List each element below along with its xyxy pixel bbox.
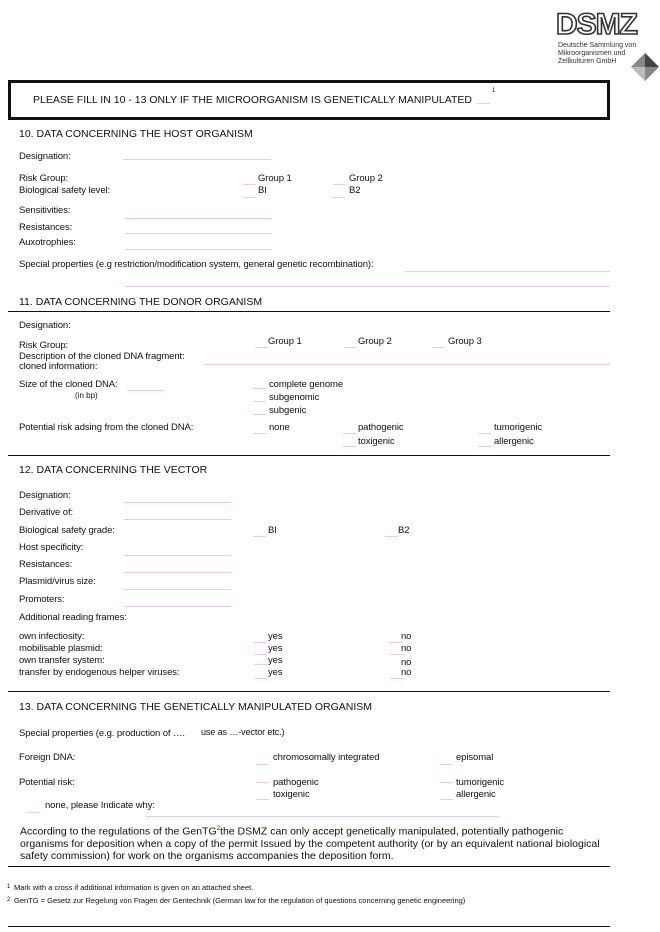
logo-line-3: Zellkulturen GmbH [558, 58, 636, 66]
auxotrophies-label: Auxotrophies: [19, 237, 76, 248]
frame-yes-checkbox[interactable] [254, 678, 267, 679]
foreign-dna-label: Foreign DNA: [19, 752, 75, 763]
gmo-special-properties-label-2: use as …-vector etc.) [201, 727, 284, 737]
additional-frames-label: Additional reading frames: [19, 612, 127, 623]
donor-group1-checkbox[interactable] [255, 347, 268, 348]
host-b1-checkbox[interactable] [243, 197, 256, 198]
frame-no-label: no [401, 631, 411, 642]
donor-group3-checkbox[interactable] [432, 347, 445, 348]
host-resistances-label: Resistances: [19, 222, 72, 233]
host-special-properties-field-2[interactable] [125, 286, 610, 287]
donor-toxigenic-label: toxigenic [358, 436, 395, 447]
vector-designation-label: Designation: [19, 490, 71, 501]
gmo-toxigenic-label: toxigenic [273, 789, 310, 800]
section-13-divider [8, 691, 610, 692]
gmo-none-checkbox[interactable] [26, 812, 39, 813]
donor-group2-label: Group 2 [358, 336, 392, 347]
frame-yes-label: yes [268, 667, 282, 678]
gmo-allergenic-label: allergenic [456, 789, 496, 800]
host-specificity-field[interactable] [124, 555, 231, 556]
footnote-1-num: 1 [7, 884, 10, 890]
gmo-pathogenic-checkbox[interactable] [256, 782, 269, 783]
donor-toxigenic-checkbox[interactable] [343, 446, 356, 447]
footnote-1-text: Mark with a cross if additional informat… [14, 883, 253, 892]
frame-no-label: no [401, 643, 411, 654]
host-designation-label: Designation: [19, 151, 71, 162]
section-12-divider [8, 455, 610, 456]
host-b2-label: B2 [349, 185, 360, 196]
gmo-tumorigenic-checkbox[interactable] [440, 782, 453, 783]
logo-mark: DSMZ [556, 10, 637, 40]
frame-no-checkbox[interactable] [390, 678, 403, 679]
plasmid-size-field[interactable] [123, 589, 231, 590]
notice-footnote-ref: 1 [492, 88, 495, 94]
frame-yes-checkbox[interactable] [254, 642, 267, 643]
dna-description-field[interactable] [203, 364, 610, 365]
derivative-label: Derivative of: [19, 507, 73, 518]
frame-no-checkbox[interactable] [390, 654, 403, 655]
gmo-tumorigenic-label: tumorigenic [456, 777, 504, 788]
host-bio-safety-label: Biological safety level: [19, 185, 110, 196]
vector-resistances-field[interactable] [124, 572, 231, 573]
donor-none-label: none [269, 422, 290, 433]
frame-yes-label: yes [268, 643, 282, 654]
episomal-checkbox[interactable] [440, 764, 453, 765]
host-risk-group-label: Risk Group: [19, 173, 68, 184]
frame-yes-checkbox[interactable] [254, 654, 267, 655]
donor-risk-group-label: Risk Group: [19, 340, 68, 351]
host-group2-label: Group 2 [349, 173, 383, 184]
chromosomal-checkbox[interactable] [256, 764, 269, 765]
host-group1-checkbox[interactable] [243, 184, 256, 185]
frame-yes-checkbox[interactable] [254, 664, 267, 665]
donor-none-checkbox[interactable] [253, 433, 266, 434]
diamond-icon [630, 52, 660, 82]
subgenic-checkbox[interactable] [253, 414, 266, 415]
donor-allergenic-checkbox[interactable] [478, 446, 491, 447]
frame-yes-label: yes [268, 655, 282, 666]
frame-row-label: mobilisable plasmid: [19, 643, 103, 654]
gmo-risk-label: Potential risk: [19, 777, 75, 788]
dna-size-field[interactable] [127, 390, 165, 391]
donor-designation-label: Designation: [19, 320, 71, 331]
notice-box: PLEASE FILL IN 10 - 13 ONLY IF THE MICRO… [8, 80, 610, 120]
gmo-none-reason-field[interactable] [146, 816, 499, 817]
dna-size-unit: (in bp) [75, 391, 98, 400]
gmo-pathogenic-label: pathogenic [273, 777, 318, 788]
subgenomic-checkbox[interactable] [253, 401, 266, 402]
section-11-title: 11. DATA CONCERNING THE DONOR ORGANISM [19, 296, 262, 308]
vector-resistances-label: Resistances: [19, 559, 72, 570]
derivative-field[interactable] [124, 519, 231, 520]
sensitivities-label: Sensitivities: [19, 205, 70, 216]
promoters-label: Promoters: [19, 594, 64, 605]
frame-row-label: own infectiosity: [19, 631, 84, 642]
donor-tumorigenic-label: tumorigenic [494, 422, 542, 433]
notice-checkbox[interactable] [477, 103, 490, 104]
notice-text: PLEASE FILL IN 10 - 13 ONLY IF THE MICRO… [33, 94, 472, 106]
donor-pathogenic-checkbox[interactable] [343, 433, 356, 434]
cloned-information-label: cloned information: [19, 361, 97, 372]
frame-yes-label: yes [268, 631, 282, 642]
footer-divider [8, 926, 610, 927]
gmo-special-properties-label: Special properties (e.g. production of …… [19, 728, 185, 739]
vector-b1-checkbox[interactable] [253, 536, 266, 537]
regulation-text-start: According to the regulations of the GenT… [20, 826, 217, 838]
donor-group3-label: Group 3 [448, 336, 482, 347]
host-b2-checkbox[interactable] [332, 197, 345, 198]
plasmid-size-label: Plasmid/virus size: [19, 576, 96, 587]
frame-row-label: own transfer system: [19, 655, 105, 666]
regulation-divider [8, 866, 610, 867]
vector-b2-checkbox[interactable] [385, 536, 398, 537]
host-b1-label: BI [258, 185, 267, 196]
subgenic-label: subgenic [269, 405, 306, 416]
donor-risk-label: Potential risk adsing from the cloned DN… [19, 422, 193, 433]
logo-line-2: Mikroorganismen und [558, 50, 636, 58]
subgenomic-label: subgenomic [269, 392, 319, 403]
host-special-properties-field-1[interactable] [405, 271, 610, 272]
section-11-divider [8, 311, 610, 312]
vector-designation-field[interactable] [124, 502, 231, 503]
gmo-toxigenic-checkbox[interactable] [256, 799, 269, 800]
vector-b1-label: BI [268, 525, 277, 536]
gmo-allergenic-checkbox[interactable] [440, 799, 453, 800]
complete-genome-label: complete genome [269, 379, 343, 390]
regulation-paragraph: According to the regulations of the GenT… [20, 823, 610, 862]
section-13-title: 13. DATA CONCERNING THE GENETICALLY MANI… [19, 701, 372, 713]
logo-line-1: Deutsche Sammlung von [558, 42, 636, 50]
complete-genome-checkbox[interactable] [253, 388, 266, 389]
gmo-none-label: none, please Indicate why: [45, 800, 155, 811]
frame-row-label: transfer by endogenous helper viruses: [19, 667, 179, 678]
dna-size-label: Size of the cloned DNA: [19, 379, 118, 390]
host-group1-label: Group 1 [258, 173, 292, 184]
host-resistances-field[interactable] [125, 233, 272, 234]
footnote-2-text: GenTG = Gesetz zur Regelung von Fragen d… [14, 896, 465, 905]
vector-b2-label: B2 [398, 525, 409, 536]
host-specificity-label: Host specificity: [19, 542, 83, 553]
auxotrophies-field[interactable] [125, 249, 272, 250]
donor-allergenic-label: allergenic [494, 436, 534, 447]
host-group2-checkbox[interactable] [333, 184, 346, 185]
sensitivities-field[interactable] [125, 218, 272, 219]
frame-no-label: no [401, 667, 411, 678]
donor-group1-label: Group 1 [268, 336, 302, 347]
donor-tumorigenic-checkbox[interactable] [478, 433, 491, 434]
section-12-title: 12. DATA CONCERNING THE VECTOR [19, 464, 207, 476]
donor-pathogenic-label: pathogenic [358, 422, 403, 433]
donor-group2-checkbox[interactable] [344, 347, 357, 348]
logo-subtitle: Deutsche Sammlung von Mikroorganismen un… [558, 42, 636, 66]
episomal-label: episomal [456, 752, 493, 763]
host-special-properties-label: Special properties (e.g restriction/modi… [19, 259, 373, 270]
chromosomal-label: chromosomally integrated [273, 752, 379, 763]
section-10-title: 10. DATA CONCERNING THE HOST ORGANISM [19, 128, 253, 140]
footnote-2-num: 2 [7, 897, 10, 903]
vector-bio-safety-label: Biological safety grade: [19, 525, 115, 536]
host-designation-field[interactable] [123, 159, 271, 160]
promoters-field[interactable] [123, 606, 231, 607]
